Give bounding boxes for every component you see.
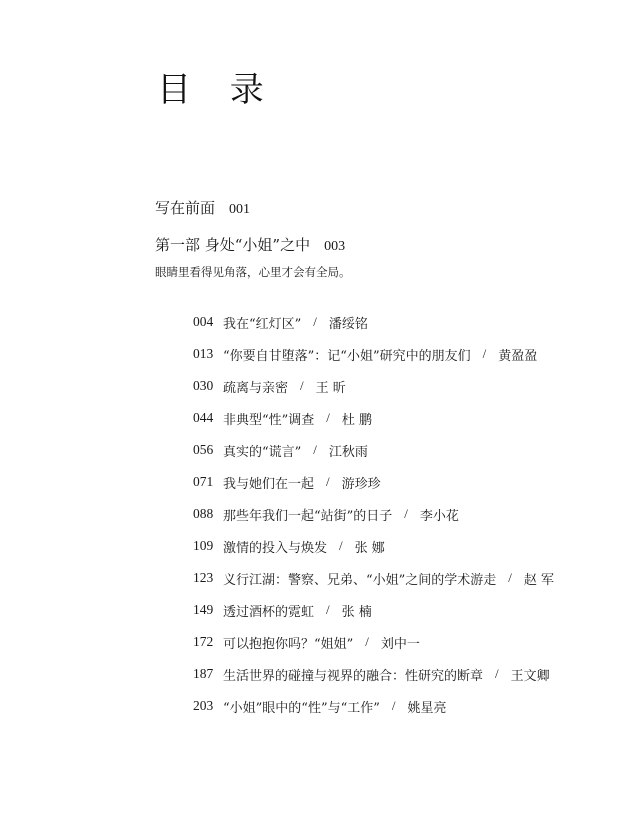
entry-author: 王文卿 (511, 665, 550, 684)
toc-entry[interactable]: 071我与她们在一起/游珍珍 (193, 466, 554, 498)
toc-entry[interactable]: 004我在“红灯区”/潘绥铭 (193, 306, 554, 338)
toc-entry[interactable]: 149透过酒杯的霓虹/张 楠 (193, 594, 554, 626)
entry-page: 088 (193, 506, 221, 522)
entry-author: 姚星亮 (408, 697, 447, 716)
separator: / (365, 634, 369, 650)
entry-page: 123 (193, 570, 221, 586)
toc-list: 004我在“红灯区”/潘绥铭 013“你要自甘堕落”：记“小姐”研究中的朋友们/… (193, 306, 554, 722)
entry-author: 黄盈盈 (498, 345, 537, 364)
entry-author: 刘中一 (381, 633, 420, 652)
entry-author: 李小花 (420, 505, 459, 524)
separator: / (508, 570, 512, 586)
entry-page: 004 (193, 314, 221, 330)
entry-page: 056 (193, 442, 221, 458)
separator: / (326, 602, 330, 618)
entry-page: 187 (193, 666, 221, 682)
entry-author: 张 楠 (342, 601, 372, 620)
preface-page: 001 (229, 202, 250, 217)
toc-entry[interactable]: 203“小姐”眼中的“性”与“工作”/姚星亮 (193, 690, 554, 722)
toc-entry[interactable]: 123义行江湖：警察、兄弟、“小姐”之间的学术游走/赵 军 (193, 562, 554, 594)
separator: / (313, 314, 317, 330)
preface-label: 写在前面 (155, 199, 215, 217)
entry-title: 非典型“性”调查 (223, 409, 314, 428)
entry-title: 生活世界的碰撞与视界的融合：性研究的断章 (223, 665, 483, 684)
entry-page: 030 (193, 378, 221, 394)
toc-entry[interactable]: 030疏离与亲密/王 昕 (193, 370, 554, 402)
entry-page: 172 (193, 634, 221, 650)
toc-entry[interactable]: 172可以抱抱你吗？“姐姐”/刘中一 (193, 626, 554, 658)
toc-entry[interactable]: 088那些年我们一起“站街”的日子/李小花 (193, 498, 554, 530)
part1-page: 003 (324, 239, 345, 254)
entry-title: “你要自甘堕落”：记“小姐”研究中的朋友们 (223, 345, 471, 364)
toc-part1[interactable]: 第一部 身处“小姐”之中003 (155, 234, 345, 255)
entry-author: 游珍珍 (342, 473, 381, 492)
entry-page: 071 (193, 474, 221, 490)
entry-author: 赵 军 (524, 569, 554, 588)
entry-author: 杜 鹏 (342, 409, 372, 428)
separator: / (326, 410, 330, 426)
toc-preface[interactable]: 写在前面001 (155, 197, 250, 218)
separator: / (404, 506, 408, 522)
entry-title: 我在“红灯区” (223, 313, 301, 332)
entry-title: 可以抱抱你吗？“姐姐” (223, 633, 353, 652)
entry-title: 疏离与亲密 (223, 377, 288, 396)
separator: / (392, 698, 396, 714)
separator: / (326, 474, 330, 490)
separator: / (339, 538, 343, 554)
toc-entry[interactable]: 187生活世界的碰撞与视界的融合：性研究的断章/王文卿 (193, 658, 554, 690)
entry-title: “小姐”眼中的“性”与“工作” (223, 697, 380, 716)
entry-title: 真实的“谎言” (223, 441, 301, 460)
entry-page: 149 (193, 602, 221, 618)
toc-entry[interactable]: 013“你要自甘堕落”：记“小姐”研究中的朋友们/黄盈盈 (193, 338, 554, 370)
entry-page: 013 (193, 346, 221, 362)
entry-page: 044 (193, 410, 221, 426)
entry-page: 203 (193, 698, 221, 714)
entry-title: 我与她们在一起 (223, 473, 314, 492)
separator: / (483, 346, 487, 362)
entry-page: 109 (193, 538, 221, 554)
entry-author: 张 娜 (355, 537, 385, 556)
separator: / (300, 378, 304, 394)
separator: / (495, 666, 499, 682)
toc-entry[interactable]: 109激情的投入与焕发/张 娜 (193, 530, 554, 562)
toc-entry[interactable]: 044非典型“性”调查/杜 鹏 (193, 402, 554, 434)
entry-title: 透过酒杯的霓虹 (223, 601, 314, 620)
part1-motto: 眼睛里看得见角落，心里才会有全局。 (155, 264, 351, 280)
page-title: 目 录 (157, 62, 278, 111)
entry-title: 义行江湖：警察、兄弟、“小姐”之间的学术游走 (223, 569, 496, 588)
entry-title: 那些年我们一起“站街”的日子 (223, 505, 392, 524)
entry-author: 江秋雨 (329, 441, 368, 460)
separator: / (313, 442, 317, 458)
entry-author: 王 昕 (316, 377, 346, 396)
toc-entry[interactable]: 056真实的“谎言”/江秋雨 (193, 434, 554, 466)
entry-title: 激情的投入与焕发 (223, 537, 327, 556)
part1-label: 第一部 身处“小姐”之中 (155, 236, 310, 254)
entry-author: 潘绥铭 (329, 313, 368, 332)
